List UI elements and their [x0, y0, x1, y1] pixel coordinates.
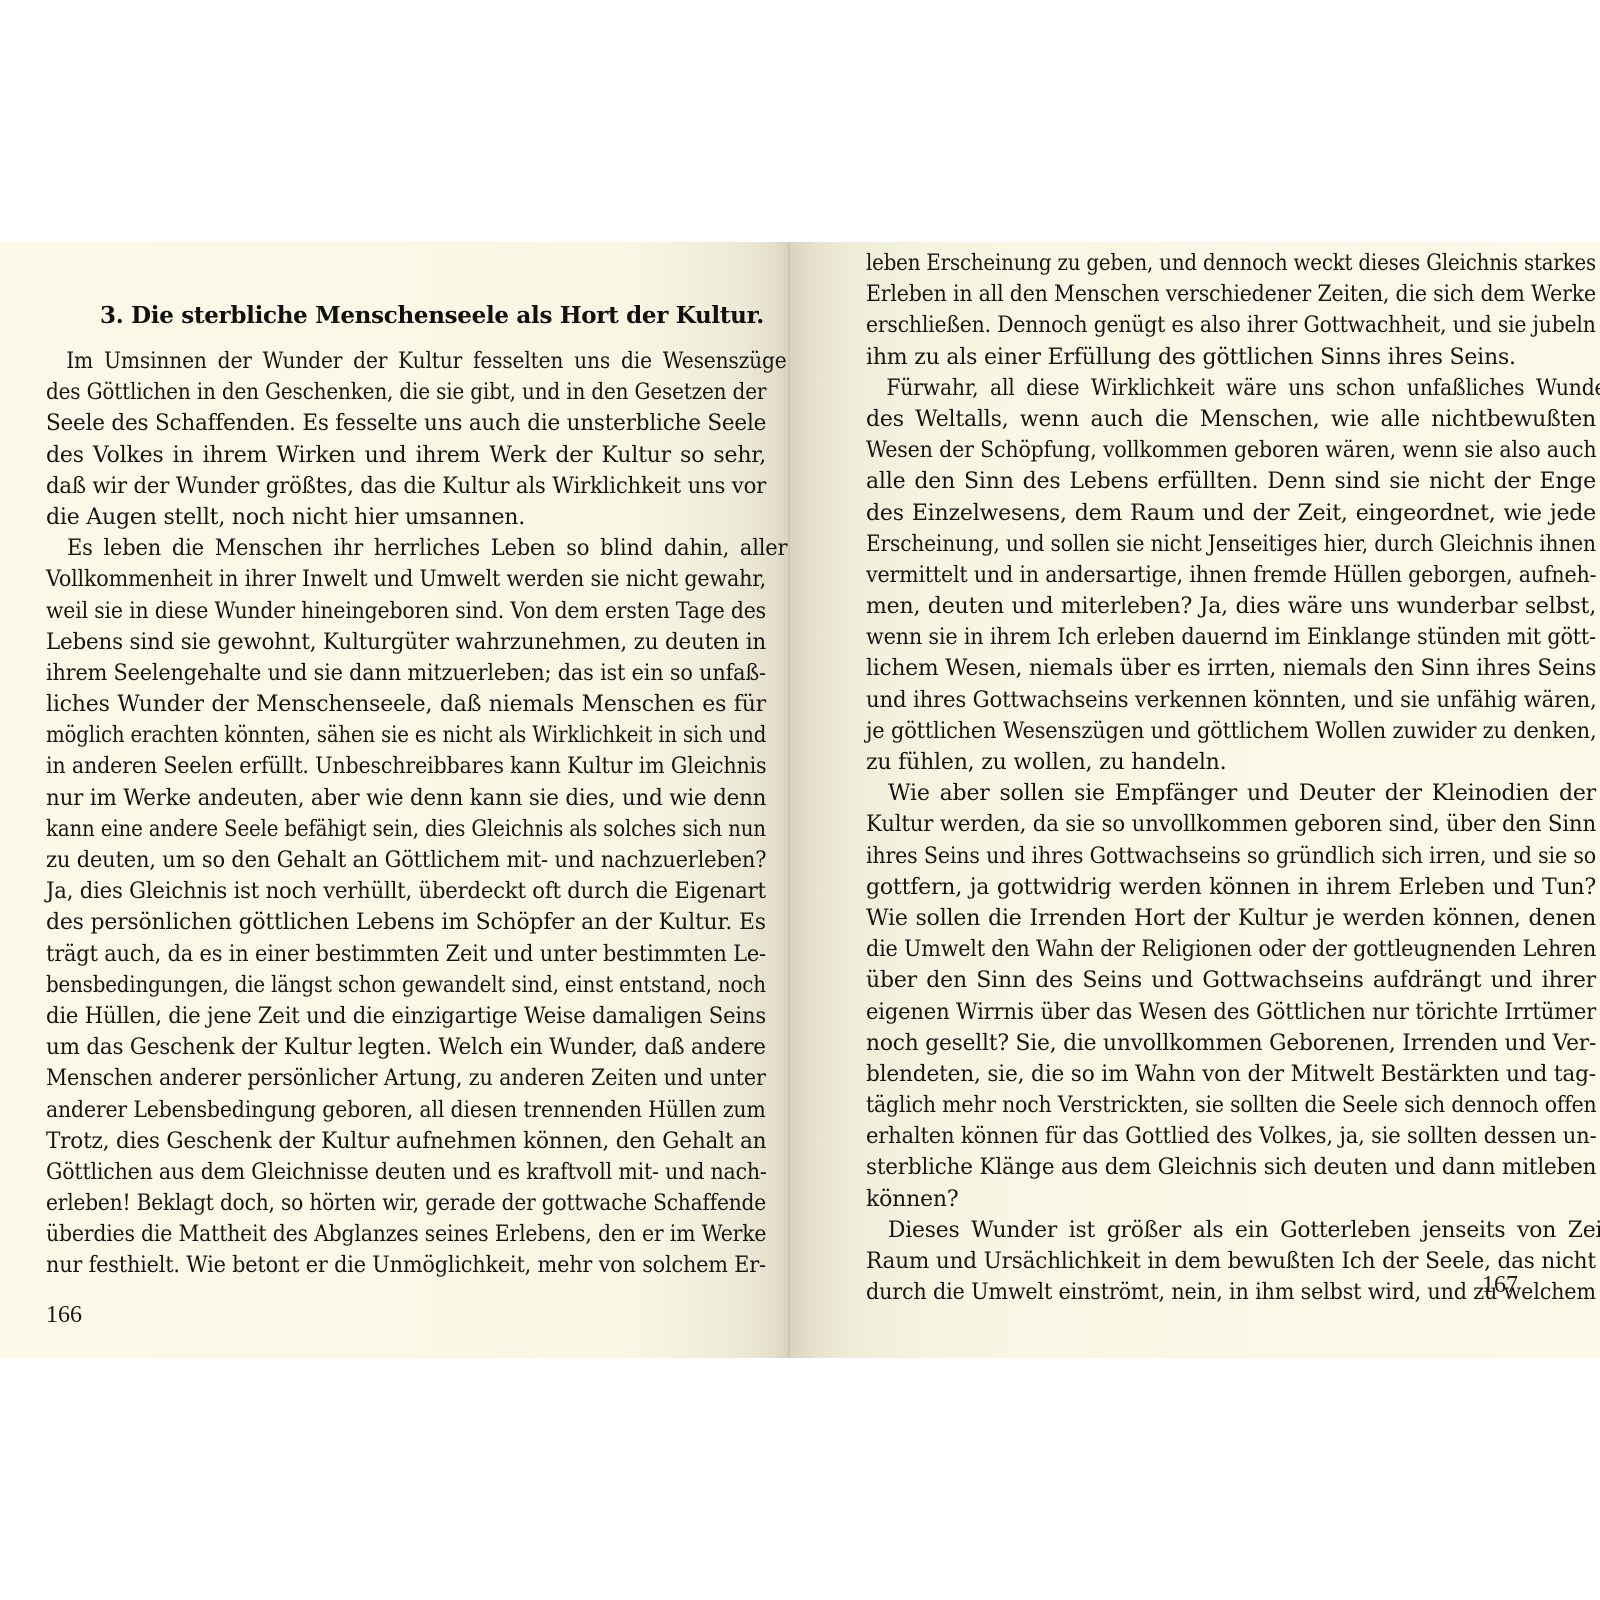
text-line: erleben! Beklagt doch, so hörten wir, ge…: [46, 1188, 766, 1219]
text-line: in anderen Seelen erfüllt. Unbeschreibba…: [46, 751, 766, 782]
text-line: Fürwahr, all diese Wirklichkeit wäre uns…: [866, 373, 1600, 404]
text-line: ihrem Seelengehalte und sie dann mitzuer…: [46, 658, 766, 689]
chapter-heading: 3. Die sterbliche Menschenseele als Hort…: [100, 302, 764, 329]
text-line: Erscheinung, und sollen sie nicht Jensei…: [866, 529, 1596, 560]
text-line: Wesen der Schöpfung, vollkommen geboren …: [866, 435, 1596, 466]
text-line: kann eine andere Seele befähigt sein, di…: [46, 814, 766, 845]
text-line: um das Geschenk der Kultur legten. Welch…: [46, 1032, 766, 1063]
text-line: noch gesellt? Sie, die unvollkommen Gebo…: [866, 1028, 1596, 1059]
text-line: überdies die Mattheit des Abglanzes sein…: [46, 1219, 766, 1250]
text-line: nur im Werke andeuten, aber wie denn kan…: [46, 783, 766, 814]
left-page-body: Im Umsinnen der Wunder der Kultur fessel…: [46, 346, 766, 1282]
book-gutter: [788, 242, 790, 1358]
text-line: men, deuten und miterleben? Ja, dies wär…: [866, 591, 1596, 622]
text-line: daß wir der Wunder größtes, das die Kult…: [46, 471, 766, 502]
text-line: lichem Wesen, niemals über es irrten, ni…: [866, 653, 1596, 684]
text-line: die Augen stellt, noch nicht hier umsann…: [46, 502, 766, 533]
text-line: anderer Lebensbedingung geboren, all die…: [46, 1095, 766, 1126]
text-line: ihres Seins und ihres Gottwachseins so g…: [866, 841, 1596, 872]
text-line: Seele des Schaffenden. Es fesselte uns a…: [46, 408, 766, 439]
text-line: Wie sollen die Irrenden Hort der Kultur …: [866, 903, 1596, 934]
text-line: blendeten, sie, die so im Wahn von der M…: [866, 1059, 1596, 1090]
text-line: Ja, dies Gleichnis ist noch verhüllt, üb…: [46, 876, 766, 907]
text-line: eigenen Wirrnis über das Wesen des Göttl…: [866, 997, 1596, 1028]
right-page: leben Erscheinung zu geben, und dennoch …: [790, 242, 1600, 1358]
text-line: Trotz, dies Geschenk der Kultur aufnehme…: [46, 1126, 766, 1157]
text-line: Dieses Wunder ist größer als ein Gotterl…: [866, 1215, 1600, 1246]
page-number-right: 167: [1482, 1272, 1518, 1299]
text-line: leben Erscheinung zu geben, und dennoch …: [866, 248, 1596, 279]
text-line: trägt auch, da es in einer bestimmten Ze…: [46, 939, 766, 970]
text-line: bensbedingungen, die längst schon gewand…: [46, 970, 766, 1001]
text-line: alle den Sinn des Lebens erfüllten. Denn…: [866, 466, 1596, 497]
page-number-left: 166: [46, 1302, 82, 1329]
text-line: Im Umsinnen der Wunder der Kultur fessel…: [46, 346, 787, 377]
text-line: zu fühlen, zu wollen, zu handeln.: [866, 747, 1596, 778]
text-line: erhalten können für das Gottlied des Vol…: [866, 1121, 1596, 1152]
text-line: wenn sie in ihrem Ich erleben dauernd im…: [866, 622, 1596, 653]
text-line: liches Wunder der Menschenseele, daß nie…: [46, 689, 766, 720]
text-line: Vollkommenheit in ihrer Inwelt und Umwel…: [46, 564, 766, 595]
text-line: gottfern, ja gottwidrig werden können in…: [866, 872, 1596, 903]
text-line: Lebens sind sie gewohnt, Kulturgüter wah…: [46, 627, 766, 658]
text-line: Menschen anderer persönlicher Artung, zu…: [46, 1063, 766, 1094]
text-line: über den Sinn des Seins und Gottwachsein…: [866, 965, 1596, 996]
text-line: Erleben in all den Menschen verschiedene…: [866, 279, 1596, 310]
text-line: und ihres Gottwachseins verkennen könnte…: [866, 685, 1596, 716]
text-line: Göttlichen aus dem Gleichnisse deuten un…: [46, 1157, 766, 1188]
text-line: nur festhielt. Wie betont er die Unmögli…: [46, 1250, 766, 1281]
text-line: weil sie in diese Wunder hineingeboren s…: [46, 596, 766, 627]
text-line: ihm zu als einer Erfüllung des göttliche…: [866, 342, 1596, 373]
text-line: vermittelt und in andersartige, ihnen fr…: [866, 560, 1596, 591]
text-line: des Weltalls, wenn auch die Menschen, wi…: [866, 404, 1596, 435]
left-page: 3. Die sterbliche Menschenseele als Hort…: [0, 242, 790, 1358]
text-line: die Umwelt den Wahn der Religionen oder …: [866, 934, 1596, 965]
text-line: die Hüllen, die jene Zeit und die einzig…: [46, 1001, 766, 1032]
text-line: des Einzelwesens, dem Raum und der Zeit,…: [866, 498, 1596, 529]
text-line: möglich erachten könnten, sähen sie es n…: [46, 720, 766, 751]
text-line: sterbliche Klänge aus dem Gleichnis sich…: [866, 1152, 1596, 1183]
book-spread: 3. Die sterbliche Menschenseele als Hort…: [0, 242, 1600, 1358]
text-line: Kultur werden, da sie so unvollkommen ge…: [866, 809, 1596, 840]
text-line: können?: [866, 1184, 1596, 1215]
right-page-body: leben Erscheinung zu geben, und dennoch …: [866, 248, 1596, 1308]
text-line: des Göttlichen in den Geschenken, die si…: [46, 377, 766, 408]
text-line: zu deuten, um so den Gehalt an Göttliche…: [46, 845, 766, 876]
text-line: des Volkes in ihrem Wirken und ihrem Wer…: [46, 440, 766, 471]
text-line: des persönlichen göttlichen Lebens im Sc…: [46, 907, 766, 938]
text-line: erschließen. Dennoch genügt es also ihre…: [866, 310, 1596, 341]
text-line: täglich mehr noch Verstrickten, sie soll…: [866, 1090, 1596, 1121]
text-line: Es leben die Menschen ihr herrliches Leb…: [46, 533, 787, 564]
text-line: je göttlichen Wesenszügen und göttlichem…: [866, 716, 1596, 747]
text-line: Wie aber sollen sie Empfänger und Deuter…: [866, 778, 1596, 809]
